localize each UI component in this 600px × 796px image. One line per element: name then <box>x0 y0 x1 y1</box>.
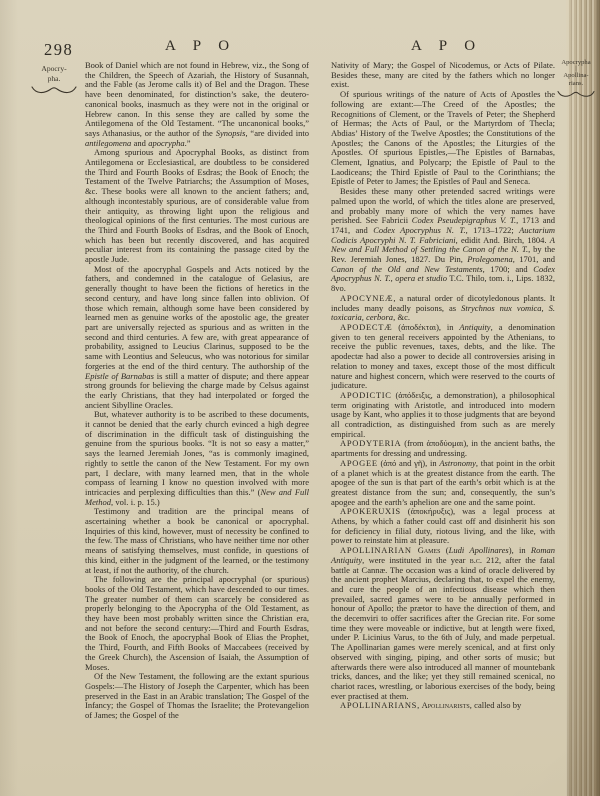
text-run: , vol. i. p. 15.) <box>111 497 160 507</box>
text-run: Of the New Testament, the following are … <box>85 671 309 720</box>
paragraph: APOKERUXIS (ἀποκήρυξις), was a legal pro… <box>331 507 555 546</box>
text-run: opera et studio <box>395 273 447 283</box>
text-run: ), in <box>509 545 531 555</box>
text-run: APODICTIC <box>340 390 392 400</box>
margin-note-line: Apocry- <box>26 64 82 74</box>
paragraph: Of spurious writings of the nature of Ac… <box>331 90 555 187</box>
text-run: Of spurious writings of the nature of Ac… <box>331 89 555 186</box>
text-run: Most of the apocryphal Gospels and Acts … <box>85 264 309 371</box>
paragraph: Nativity of Mary; the Gospel of Nicodemu… <box>331 61 555 90</box>
paragraph: APOCYNEÆ, a natural order of dicotyledon… <box>331 294 555 323</box>
paragraph: APOLLINARIANS, Apollinarists, called als… <box>331 701 555 711</box>
paragraph: Besides these many other pretended sacre… <box>331 187 555 294</box>
paragraph: APODECTÆ (ἀποδέκται), in Antiquity, a de… <box>331 323 555 391</box>
text-run: Apollinarists <box>422 700 470 710</box>
page-number: 298 <box>44 40 73 60</box>
text-run: APOLLINARIAN <box>340 545 418 555</box>
text-run: , 1713–1722; <box>466 225 520 235</box>
text-run: Testimony and tradition are the principa… <box>85 506 309 574</box>
text-run: Prolegomena <box>467 254 512 264</box>
left-margin-note: Apocry- pha. <box>26 64 82 95</box>
left-running-header: A P O <box>85 38 309 55</box>
paragraph: APODICTIC (ἀπόδειξις, a demonstration), … <box>331 391 555 440</box>
margin-note-line: rians. <box>554 80 598 88</box>
left-column: Book of Daniel which are not found in He… <box>85 61 309 721</box>
text-run: 212, after the fatal battle at Cannæ. Th… <box>331 555 555 701</box>
paragraph: APOLLINARIAN Games (Ludi Apollinares), i… <box>331 546 555 701</box>
text-run: , “are divided into <box>245 128 309 138</box>
paragraph: Among spurious and Apocryphal Books, as … <box>85 148 309 264</box>
text-run: Codex Apocryphus N. T. <box>373 225 465 235</box>
book-page: 298 A P O A P O Apocry- pha. Apocrypha |… <box>0 0 600 796</box>
text-run: Canon of the Old and New Testaments <box>331 264 483 274</box>
brace-swash-icon <box>557 89 595 99</box>
paragraph: Most of the apocryphal Gospels and Acts … <box>85 265 309 411</box>
text-run: Epistle of Barnabas <box>85 371 154 381</box>
paragraph: APODYTERIA (from ἀποδύομαι), in the anci… <box>331 439 555 458</box>
right-margin-note: Apocrypha | Apollina- rians. <box>554 59 598 99</box>
text-run: APOKERUXIS <box>340 506 401 516</box>
margin-note-line: Apollina- <box>554 72 598 80</box>
text-run: (ἀποδέκται), in <box>392 322 459 332</box>
text-run: and <box>131 138 148 148</box>
text-run: , a denomination given to ten general re… <box>331 322 555 390</box>
brace-swash-icon <box>31 84 77 95</box>
text-run: .” <box>185 138 191 148</box>
text-run: , 1700; and <box>483 264 534 274</box>
text-run: APOLLINARIANS <box>340 700 417 710</box>
text-run: , edidit And. Birch, 1804. <box>456 235 550 245</box>
text-run: APOCYNEÆ <box>340 293 393 303</box>
right-column: Nativity of Mary; the Gospel of Nicodemu… <box>331 61 555 711</box>
text-run: antilegomena <box>85 138 131 148</box>
text-run: , 1701, and <box>513 254 555 264</box>
right-running-header: A P O <box>331 38 555 55</box>
text-run: APODECTÆ <box>340 322 392 332</box>
paragraph: Of the New Testament, the following are … <box>85 672 309 721</box>
text-run: , called also by <box>470 700 522 710</box>
text-run: Antiquity <box>459 322 490 332</box>
text-run: Astronomy <box>439 458 476 468</box>
paragraph: The following are the principal apocryph… <box>85 575 309 672</box>
text-run: Games <box>418 545 441 555</box>
text-run: (ἀπό and γῆ), in <box>378 458 440 468</box>
text-run: Book of Daniel which are not found in He… <box>85 60 309 138</box>
paragraph: Testimony and tradition are the principa… <box>85 507 309 575</box>
text-run: Ludi Apollinares <box>449 545 509 555</box>
text-run: Codex Pseudepigraphus V. T. <box>412 215 516 225</box>
text-run: b.c. <box>470 555 482 565</box>
book-page-edge <box>566 0 600 796</box>
paragraph: But, whatever authority is to be ascribe… <box>85 410 309 507</box>
text-run: apocrypha <box>148 138 184 148</box>
margin-note-line: pha. <box>26 74 82 84</box>
text-run: Synopsis <box>216 128 246 138</box>
text-run: APODYTERIA <box>340 438 401 448</box>
text-run: Nativity of Mary; the Gospel of Nicodemu… <box>331 60 555 89</box>
text-run: , &c. <box>393 312 410 322</box>
text-run: Among spurious and Apocryphal Books, as … <box>85 147 309 264</box>
text-run: ( <box>441 545 449 555</box>
text-run: APOGEE <box>340 458 378 468</box>
text-run: , were instituted in the year <box>362 555 470 565</box>
paragraph: APOGEE (ἀπό and γῆ), in Astronomy, that … <box>331 459 555 508</box>
text-run: The following are the principal apocryph… <box>85 574 309 671</box>
text-run: But, whatever authority is to be ascribe… <box>85 409 309 497</box>
paragraph: Book of Daniel which are not found in He… <box>85 61 309 148</box>
